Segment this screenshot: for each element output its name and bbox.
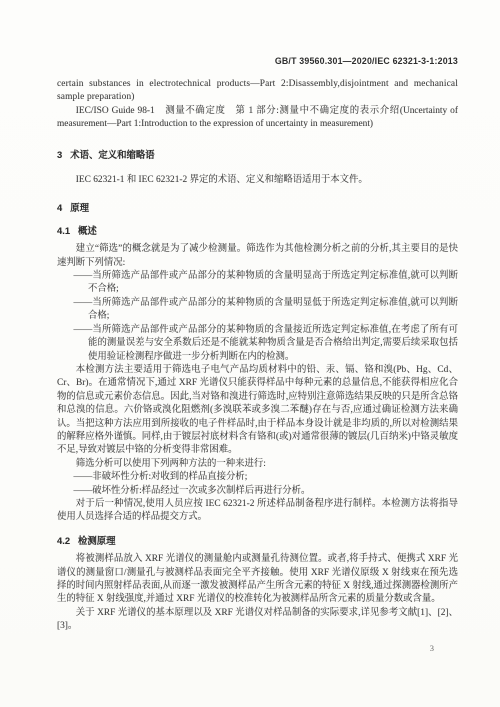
section-4-1-paragraph-3: 筛选分析可以使用下列两种方法的一种来进行: xyxy=(57,458,458,471)
section-4-1-paragraph-1: 建立“筛选”的概念就是为了减少检测量。筛选作为其他检测分析之前的分析,其主要目的… xyxy=(57,243,458,270)
section-3-paragraph: IEC 62321-1 和 IEC 62321-2 界定的术语、定义和缩略语适用… xyxy=(57,174,458,187)
dash-item-near-limit: ——当所筛选产品部件或产品部分的某种物质的含量接近所选定判定标准值,在考虑了所有… xyxy=(57,324,458,364)
section-4-1-number: 4.1 xyxy=(57,225,70,236)
section-4-heading: 4原理 xyxy=(57,201,458,214)
section-4-1-paragraph-2: 本检测方法主要适用于筛选电子电气产品均质材料中的铅、汞、镉、铬和溴(Pb、Hg、… xyxy=(57,364,458,458)
section-4-2-paragraph-1: 将被测样品放入 XRF 光谱仪的测量舱内或测量孔待测位置。或者,将手持式、便携式… xyxy=(57,553,458,607)
section-4-2-paragraph-2: 关于 XRF 光谱仪的基本原理以及 XRF 光谱仪对样品制备的实际要求,详见参考… xyxy=(57,607,458,634)
section-4-2-heading: 4.2检测原理 xyxy=(57,534,458,547)
section-3-title: 术语、定义和缩略语 xyxy=(70,149,154,160)
section-4-1-heading: 4.1概述 xyxy=(57,224,458,237)
page-number: 3 xyxy=(430,643,434,653)
dash-item-above-limit: ——当所筛选产品部件或产品部分的某种物质的含量明显高于所选定判定标准值,就可以判… xyxy=(57,270,458,297)
dash-item-destructive: ——破坏性分析:样品经过一次或多次制样后再进行分析。 xyxy=(57,485,458,498)
section-4-2-title: 检测原理 xyxy=(78,535,116,546)
document-page: GB/T 39560.301—2020/IEC 62321-3-1:2013 c… xyxy=(0,0,500,707)
section-4-title: 原理 xyxy=(70,202,89,213)
reference-continuation-text: certain substances in electrotechnical p… xyxy=(57,78,458,105)
dash-item-nondestructive: ——非破坏性分析:对收到的样品直接分析; xyxy=(57,471,458,484)
section-4-1-paragraph-4: 对于后一种情况,使用人员应按 IEC 62321-2 所述样品制备程序进行制样。… xyxy=(57,498,458,525)
section-4-number: 4 xyxy=(57,202,62,213)
reference-iec-iso-guide-98-1: IEC/ISO Guide 98-1 测量不确定度 第 1 部分:测量中不确定度… xyxy=(57,105,458,132)
running-header-standard-number: GB/T 39560.301—2020/IEC 62321-3-1:2013 xyxy=(57,55,458,67)
section-4-2-number: 4.2 xyxy=(57,535,70,546)
section-4-1-title: 概述 xyxy=(78,225,97,236)
dash-item-below-limit: ——当所筛选产品部件或产品部分的某种物质的含量明显低于所选定判定标准值,就可以判… xyxy=(57,297,458,324)
page-content: GB/T 39560.301—2020/IEC 62321-3-1:2013 c… xyxy=(57,55,458,634)
section-3-heading: 3术语、定义和缩略语 xyxy=(57,148,458,161)
section-3-number: 3 xyxy=(57,149,62,160)
